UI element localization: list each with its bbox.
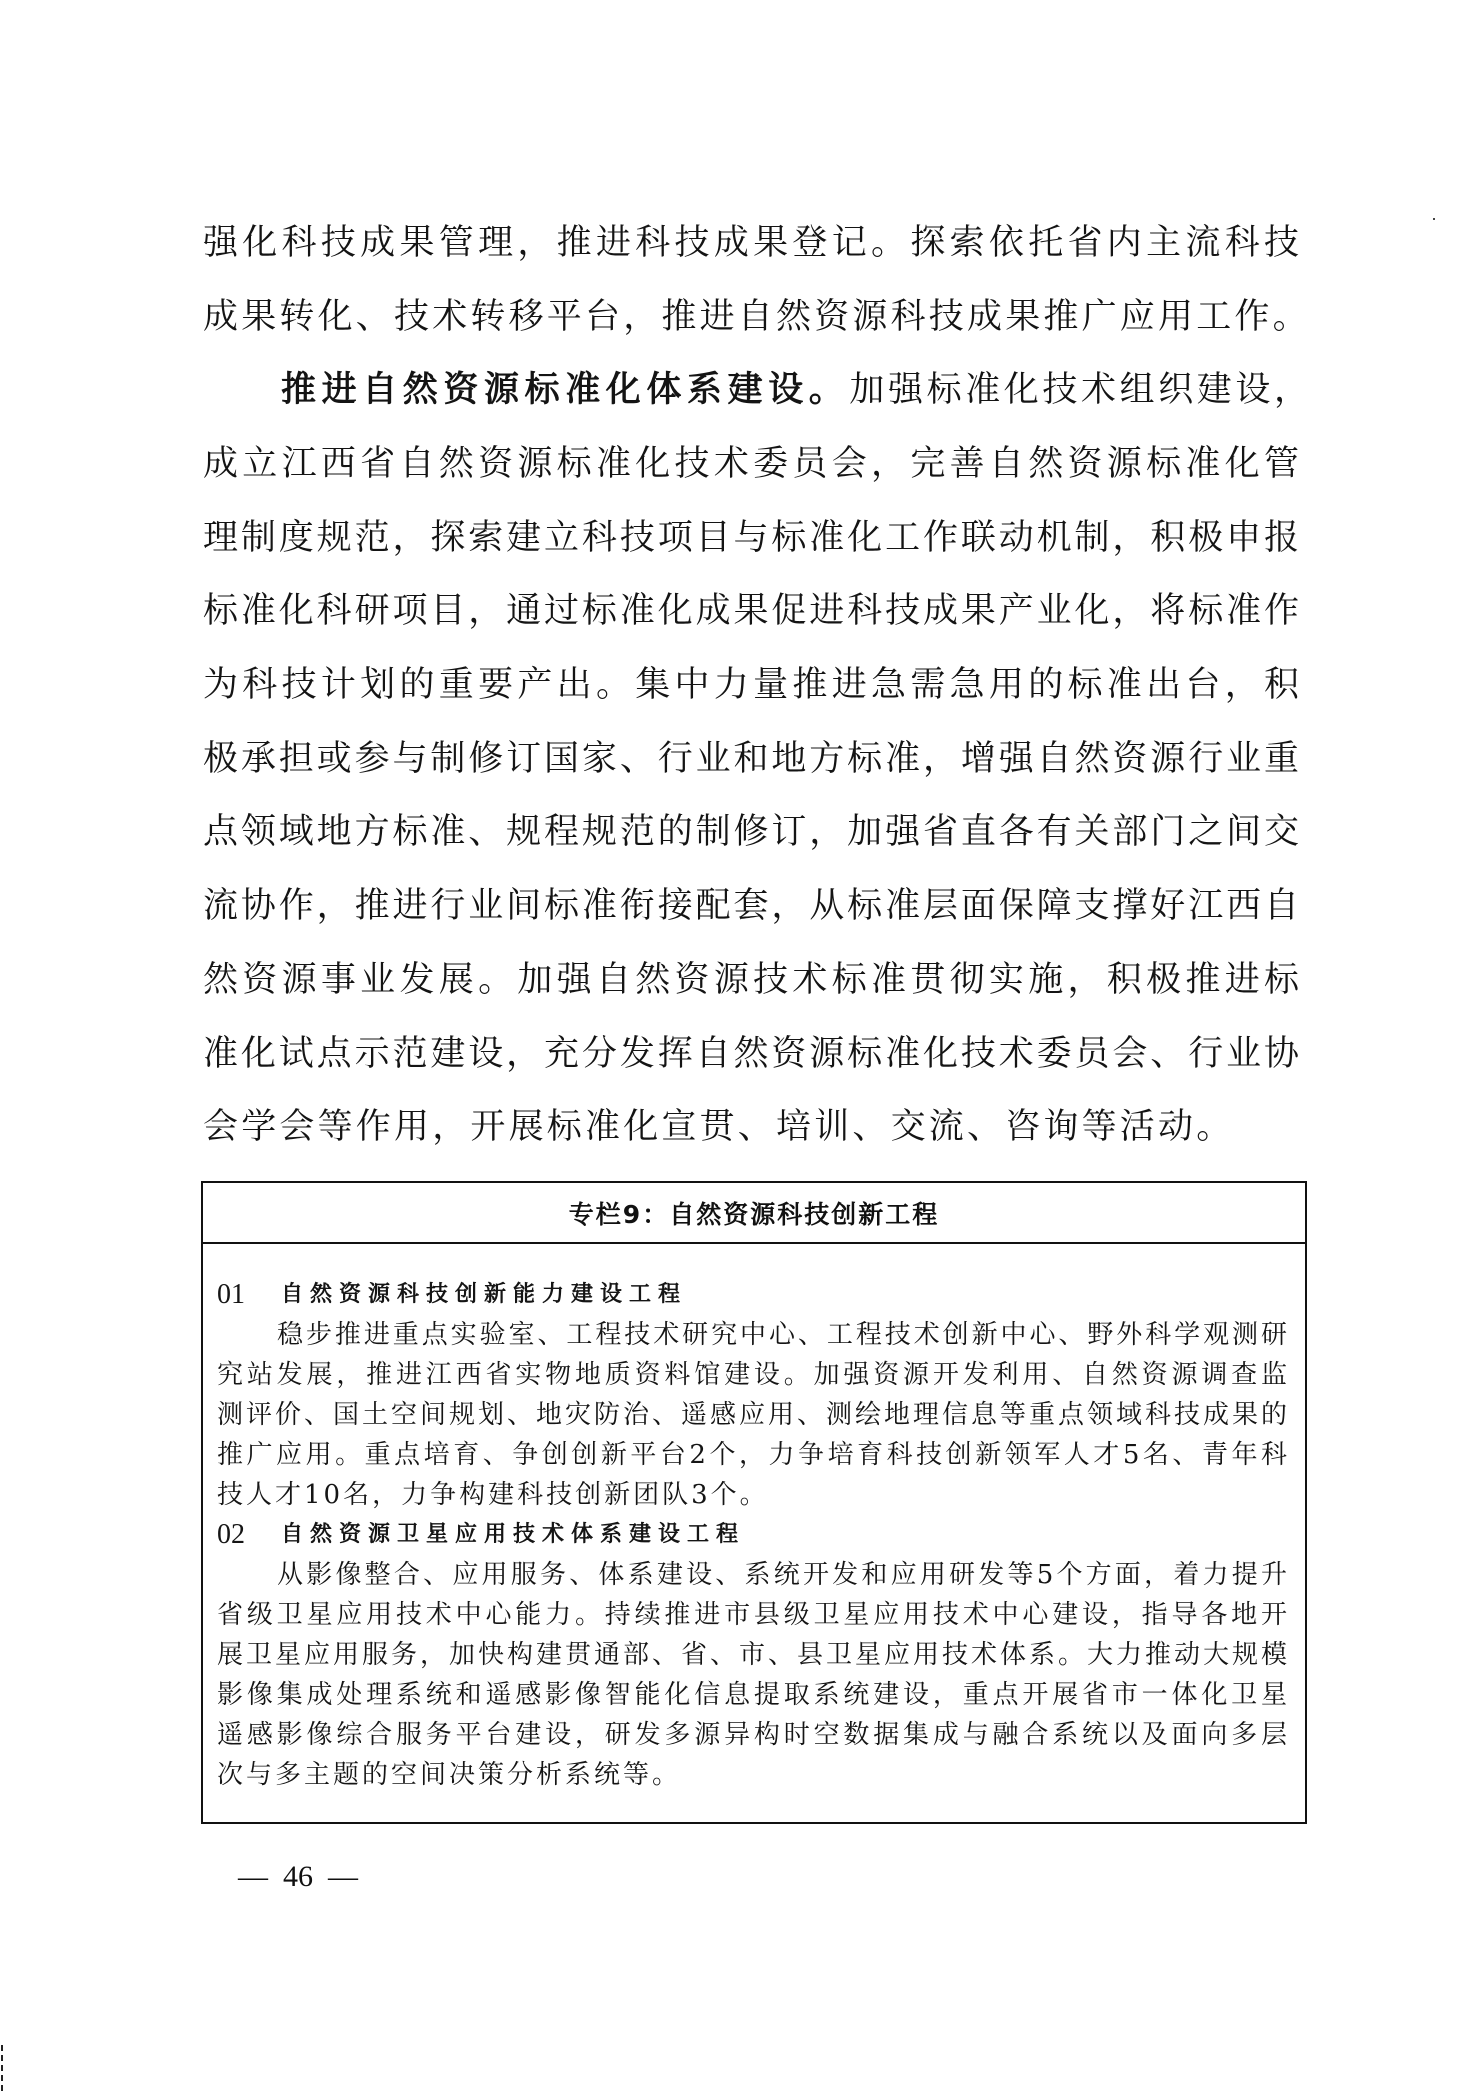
item-02-line-2: 省级卫星应用技术中心能力。持续推进市县级卫星应用技术中心建设，指导各地开 bbox=[217, 1599, 1287, 1631]
body-line-11: 然资源事业发展。加强自然资源技术标准贯彻实施，积极推进标 bbox=[203, 958, 1299, 1002]
body-line-9: 点领域地方标准、规程规范的制修订，加强省直各有关部门之间交 bbox=[203, 810, 1299, 854]
item-01-heading: 01 自然资源科技创新能力建设工程 bbox=[217, 1279, 1287, 1311]
body-line-2: 成果转化、技术转移平台，推进自然资源科技成果推广应用工作。 bbox=[203, 295, 1299, 339]
page-number: — 46 — bbox=[238, 1860, 358, 1894]
body-line-12: 准化试点示范建设，充分发挥自然资源标准化技术委员会、行业协 bbox=[203, 1032, 1299, 1076]
item-02-line-3: 展卫星应用服务，加快构建贯通部、省、市、县卫星应用技术体系。大力推动大规模 bbox=[217, 1639, 1287, 1671]
item-01-line-2: 究站发展，推进江西省实物地质资料馆建设。加强资源开发利用、自然资源调查监 bbox=[217, 1359, 1287, 1391]
body-line-8: 极承担或参与制修订国家、行业和地方标准，增强自然资源行业重 bbox=[203, 737, 1299, 781]
item-02-heading: 02 自然资源卫星应用技术体系建设工程 bbox=[217, 1519, 1287, 1551]
item-02-line-6: 次与多主题的空间决策分析系统等。 bbox=[217, 1759, 1287, 1791]
scan-speck bbox=[1433, 218, 1435, 220]
body-line-5: 理制度规范，探索建立科技项目与标准化工作联动机制，积极申报 bbox=[203, 516, 1299, 560]
body-line-7: 为科技计划的重要产出。集中力量推进急需急用的标准出台，积 bbox=[203, 663, 1299, 707]
item-number: 01 bbox=[217, 1279, 281, 1311]
item-01-line-1: 稳步推进重点实验室、工程技术研究中心、工程技术创新中心、野外科学观测研 bbox=[277, 1319, 1287, 1351]
body-line-1: 强化科技成果管理，推进科技成果登记。探索依托省内主流科技 bbox=[203, 221, 1299, 265]
item-title: 自然资源科技创新能力建设工程 bbox=[281, 1279, 687, 1311]
item-number: 02 bbox=[217, 1519, 281, 1551]
section-heading-bold: 推进自然资源标准化体系建设。 bbox=[281, 368, 849, 412]
item-01-line-3: 测评价、国土空间规划、地灾防治、遥感应用、测绘地理信息等重点领域科技成果的 bbox=[217, 1399, 1287, 1431]
item-01-line-4: 推广应用。重点培育、争创创新平台2个，力争培育科技创新领军人才5名、青年科 bbox=[217, 1439, 1287, 1471]
item-02-line-4: 影像集成处理系统和遥感影像智能化信息提取系统建设，重点开展省市一体化卫星 bbox=[217, 1679, 1287, 1711]
item-02-line-5: 遥感影像综合服务平台建设，研发多源异构时空数据集成与融合系统以及面向多层 bbox=[217, 1719, 1287, 1751]
callout-box: 专栏9：自然资源科技创新工程 01 自然资源科技创新能力建设工程 稳步推进重点实… bbox=[201, 1181, 1307, 1824]
callout-header: 专栏9：自然资源科技创新工程 bbox=[203, 1183, 1305, 1244]
body-line-10: 流协作，推进行业间标准衔接配套，从标准层面保障支撑好江西自 bbox=[203, 884, 1299, 928]
callout-title: 专栏9：自然资源科技创新工程 bbox=[569, 1195, 939, 1231]
body-line-6: 标准化科研项目，通过标准化成果促进科技成果产业化，将标准作 bbox=[203, 589, 1299, 633]
section-heading-line: 推进自然资源标准化体系建设。 加强标准化技术组织建设， bbox=[281, 368, 1299, 412]
section-heading-rest: 加强标准化技术组织建设， bbox=[849, 368, 1312, 412]
body-line-4: 成立江西省自然资源标准化技术委员会，完善自然资源标准化管 bbox=[203, 442, 1299, 486]
document-page: 强化科技成果管理，推进科技成果登记。探索依托省内主流科技 成果转化、技术转移平台… bbox=[0, 0, 1482, 2097]
body-line-13: 会学会等作用，开展标准化宣贯、培训、交流、咨询等活动。 bbox=[203, 1105, 1299, 1149]
item-01-line-5: 技人才10名，力争构建科技创新团队3个。 bbox=[217, 1479, 1287, 1511]
item-02-line-1: 从影像整合、应用服务、体系建设、系统开发和应用研发等5个方面，着力提升 bbox=[277, 1559, 1287, 1591]
scan-edge-mark bbox=[1, 2045, 3, 2095]
item-title: 自然资源卫星应用技术体系建设工程 bbox=[281, 1519, 745, 1551]
